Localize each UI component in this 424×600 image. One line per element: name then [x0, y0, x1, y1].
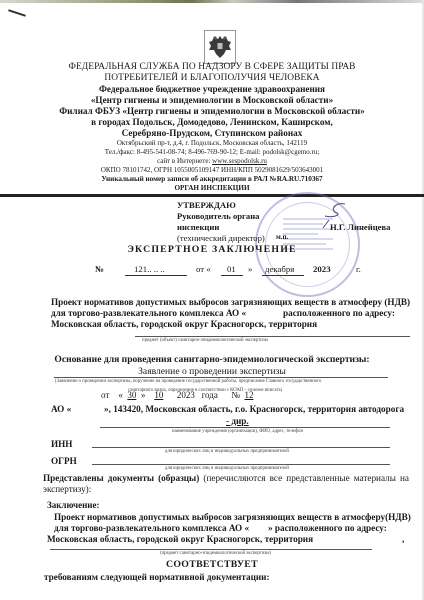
- conclusion-underline: [50, 549, 372, 550]
- date-year: 2023: [313, 264, 331, 274]
- basis-caption-line1: (Заявление о проведении экспертизы, пору…: [55, 379, 321, 384]
- subject-line3: Московская область, городской округ Крас…: [51, 319, 317, 330]
- role-line3: (технический директор): [177, 233, 265, 244]
- ogrn-underline: [92, 464, 390, 465]
- basis-number: 12: [244, 390, 253, 400]
- conclusion-line3: Московская область, городской округ Крас…: [47, 534, 313, 545]
- number-underline: [125, 275, 187, 276]
- inspection-body: ОРГАН ИНСПЕКЦИИ: [0, 185, 424, 192]
- date-day: 01: [227, 264, 236, 274]
- date-day-close: »: [248, 264, 252, 274]
- scan-top-edge: [0, 0, 424, 3]
- verdict: СООТВЕТСТВУЕТ: [0, 559, 424, 570]
- approval-block: УТВЕРЖДАЮ Руководитель органа инспекции …: [177, 200, 265, 244]
- conclusion-line2a: для торгово-развлекательного комплекса А…: [54, 523, 249, 534]
- coat-of-arms-icon: [204, 30, 236, 64]
- branch-name-line3: Серебряно-Прудском, Ступинском районах: [0, 129, 424, 138]
- basis-value: Заявление о проведении экспертизы: [0, 366, 424, 377]
- role-line1: Руководитель органа: [177, 211, 265, 222]
- conclusion-line1: Проект нормативов допустимых выбросов за…: [54, 512, 411, 523]
- basis-date-open: «: [118, 390, 123, 400]
- basis-number-label: №: [231, 390, 240, 400]
- basis-date-year-suffix: года: [202, 390, 218, 400]
- header-divider: [0, 194, 424, 197]
- org-contacts: Тел./факс: 8-495-541-08-74; 8-496-769-90…: [0, 149, 424, 156]
- documents-bold: Представлены документы (образцы): [43, 473, 199, 483]
- conclusion-number: 121.. .. ..: [134, 264, 165, 274]
- org-website-line: сайт в Интернете: www.sespodolsk.ru: [0, 158, 424, 165]
- date-year-suffix: г.: [356, 264, 361, 274]
- org-address: Октябрьский пр-т, д.4, г. Подольск, Моск…: [0, 140, 424, 147]
- subject-line1: Проект нормативов допустимых выбросов за…: [51, 297, 410, 308]
- basis-date-line: от « 30 » 10 2023 года № 12: [101, 390, 253, 400]
- applicant-underline: [100, 427, 390, 428]
- signer-name: Н.Г. Линейцева: [330, 222, 390, 232]
- pen-mark: [8, 9, 26, 16]
- date-from-label: от «: [196, 264, 211, 274]
- applicant-label: АО «: [51, 404, 71, 414]
- conclusion-line3-end: ,: [402, 534, 404, 545]
- ogrn-caption: для юридических лиц и индивидуальных пре…: [165, 466, 289, 471]
- applicant-address: », 143420, Московская область, г.о. Крас…: [104, 404, 404, 414]
- applicant-caption: наименование учреждения (организации), Ф…: [172, 429, 303, 434]
- basis-date-close: »: [141, 390, 146, 400]
- inn-underline: [92, 447, 390, 448]
- document-title: ЭКСПЕРТНОЕ ЗАКЛЮЧЕНИЕ: [0, 244, 424, 255]
- month-underline: [262, 275, 304, 276]
- agency-name-line2: ПОТРЕБИТЕЛЕЙ И БЛАГОПОЛУЧИЯ ЧЕЛОВЕКА: [0, 74, 424, 83]
- double-headed-eagle-icon: [207, 33, 233, 61]
- basis-title: Основание для проведения санитарно-эпиде…: [0, 354, 424, 365]
- conclusion-caption: (предмет санитарно-эпидемиологической эк…: [160, 551, 271, 556]
- date-month: декабря: [265, 264, 294, 274]
- branch-name-line1: Филиал ФБУЗ «Центр гигиены и эпидемиолог…: [0, 107, 424, 116]
- conclusion-line2b: » расположенного по адресу:: [268, 523, 387, 534]
- applicant-address-line2: - дир.: [226, 416, 249, 426]
- subject-line2b: расположенного по адресу:: [283, 308, 395, 319]
- role-line2: инспекции: [177, 222, 265, 233]
- documents-paragraph: Представлены документы (образцы) (перечи…: [43, 473, 409, 495]
- org-name-line1: Федеральное бюджетное учреждение здравоо…: [0, 85, 424, 94]
- inn-caption: для юридических лиц и индивидуальных пре…: [165, 449, 289, 454]
- basis-date-from: от: [101, 390, 109, 400]
- subject-caption: предмет (объект) санитарно-эпидемиологич…: [142, 338, 268, 343]
- day-underline: [221, 275, 243, 276]
- website-link[interactable]: www.sespodolsk.ru: [212, 157, 267, 165]
- ogrn-label: ОГРН: [51, 456, 77, 466]
- approve-label: УТВЕРЖДАЮ: [177, 200, 265, 211]
- org-name-line2: «Центр гигиены и эпидемиологии в Московс…: [0, 96, 424, 105]
- number-label: №: [95, 264, 104, 274]
- basis-date-year: 2023: [177, 390, 195, 400]
- subject-line2a: для торгово-развлекательного комплекса А…: [51, 308, 246, 319]
- basis-underline: [54, 377, 388, 378]
- website-prefix: сайт в Интернете:: [157, 157, 212, 165]
- subject-underline: [135, 336, 410, 337]
- requirements-label: требованиям следующей нормативной докуме…: [44, 572, 270, 582]
- inn-label: ИНН: [51, 439, 72, 449]
- branch-name-line2: в городах Подольск, Домодедово, Ленинско…: [0, 118, 424, 127]
- accreditation-number: Уникальный номер записи об аккредитации …: [0, 176, 424, 183]
- org-codes: ОКПО 78101742, ОГРН 1055005109147 ИНН/КП…: [0, 167, 424, 174]
- conclusion-label: Заключение:: [47, 500, 99, 510]
- basis-date-day: 30: [127, 390, 136, 400]
- stamp-place-mark: м.п.: [276, 233, 288, 241]
- basis-date-month: 10: [154, 390, 163, 400]
- agency-name-line1: ФЕДЕРАЛЬНАЯ СЛУЖБА ПО НАДЗОРУ В СФЕРЕ ЗА…: [0, 63, 424, 72]
